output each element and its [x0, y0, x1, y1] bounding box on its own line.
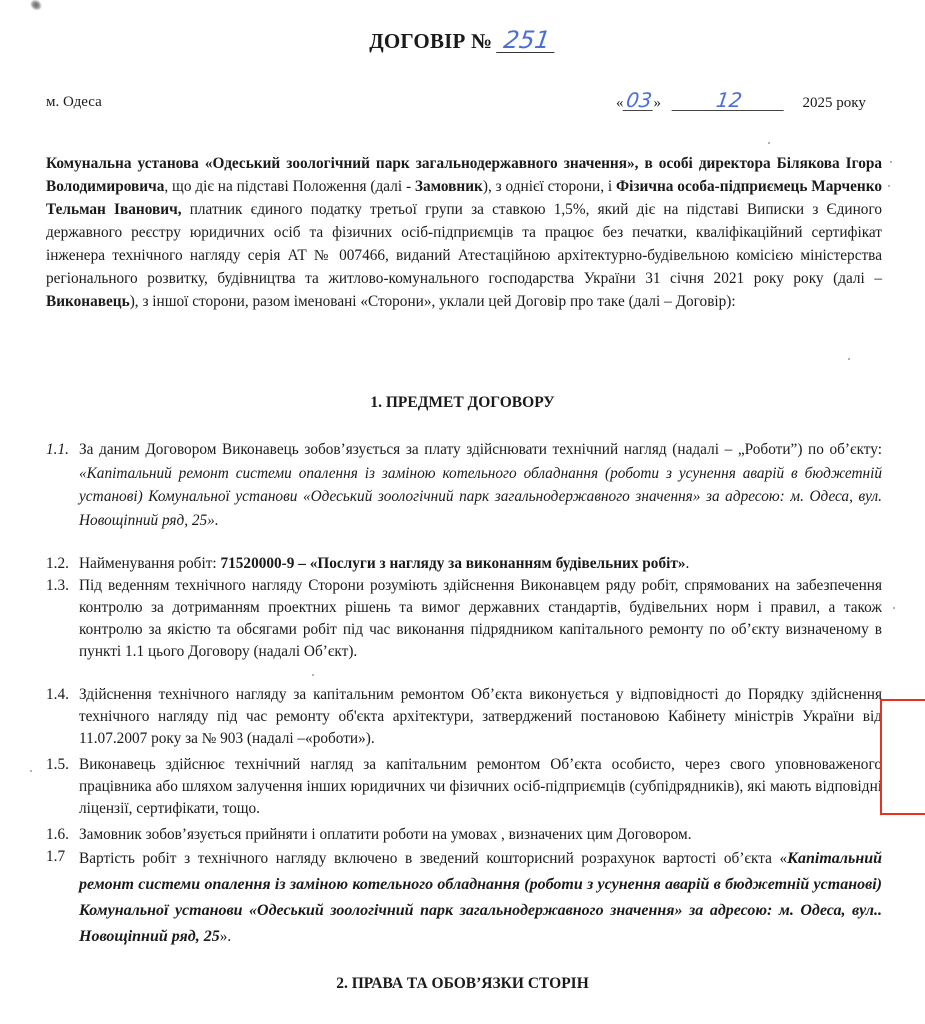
service-code: 71520000-9 – «Послуги з нагляду за викон… [220, 555, 685, 572]
contract-city: м. Одеса [46, 94, 102, 111]
clause-text: Під веденням технічного нагляду Сторони … [79, 575, 882, 663]
clause-1-5: 1.5. Виконавець здійснює технічний нагля… [46, 754, 882, 820]
scan-speck [848, 358, 850, 360]
section-heading-rights-obligations: 2. ПРАВА ТА ОБОВ’ЯЗКИ СТОРІН [0, 975, 925, 993]
clause-1-3: 1.3. Під веденням технічного нагляду Сто… [46, 575, 882, 663]
clause-number: 1.7 [46, 846, 65, 868]
date-day-handwritten: 03 [622, 90, 655, 111]
clause-number: 1.3. [46, 575, 69, 597]
scan-speck [890, 161, 892, 163]
clause-number: 1.2. [46, 553, 69, 575]
scan-speck [312, 674, 314, 676]
clause-text-end: ». [220, 928, 231, 945]
clause-number: 1.5. [46, 754, 69, 776]
date-close-quote: » [654, 95, 662, 111]
contract-page: ДОГОВІР № 251 м. Одеса «03» 12 2025 року… [0, 0, 925, 1024]
parties-preamble: Комунальна установа «Одеський зоологічни… [46, 152, 882, 313]
clause-text: За даним Договором Виконавець зобов’язує… [79, 441, 882, 458]
scan-speck [888, 185, 890, 187]
clause-text: Замовник зобов’язується прийняти і оплат… [79, 824, 882, 846]
clause-text: Вартість робіт з технічного нагляду вклю… [79, 850, 787, 867]
clause-text: Виконавець здійснює технічний нагляд за … [79, 754, 882, 820]
date-month-handwritten: 12 [671, 90, 786, 111]
scan-speck [30, 770, 32, 772]
clause-text: Найменування робіт: [79, 555, 220, 572]
document-title: ДОГОВІР № 251 [0, 28, 925, 54]
highlight-annotation-box [880, 699, 925, 815]
scan-speck [768, 142, 770, 144]
customer-role: Замовник [415, 178, 483, 195]
preamble-text: ), з іншої сторони, разом іменовані «Сто… [130, 293, 736, 310]
preamble-text: , що діє на підставі Положення (далі - [164, 178, 415, 195]
clause-text-end: . [686, 555, 690, 572]
clause-number: 1.4. [46, 684, 69, 706]
clause-text: Здійснення технічного нагляду за капітал… [79, 684, 882, 750]
clause-1-2: 1.2. Найменування робіт: 71520000-9 – «П… [46, 553, 882, 575]
clause-1-4: 1.4. Здійснення технічного нагляду за ка… [46, 684, 882, 750]
contractor-role: Виконавець [46, 293, 130, 310]
contract-number-handwritten: 251 [496, 28, 558, 53]
clause-1-1: 1.1. За даним Договором Виконавець зобов… [46, 438, 882, 532]
title-prefix: ДОГОВІР № [369, 29, 492, 53]
contract-date: «03» 12 2025 року [616, 90, 866, 112]
date-year-suffix: року [836, 95, 866, 111]
clause-number: 1.6. [46, 824, 69, 846]
section-heading-subject: 1. ПРЕДМЕТ ДОГОВОРУ [0, 394, 925, 412]
scan-speck [893, 607, 895, 609]
clause-1-7: 1.7 Вартість робіт з технічного нагляду … [46, 846, 882, 950]
clause-number: 1.1. [46, 438, 69, 462]
preamble-text: ), з однієї сторони, і [483, 178, 616, 195]
clause-object-name: «Капітальний ремонт системи опалення із … [79, 465, 882, 529]
scan-artifact [28, 0, 44, 13]
date-year: 2025 [803, 95, 833, 111]
clause-1-6: 1.6. Замовник зобов’язується прийняти і … [46, 824, 882, 846]
